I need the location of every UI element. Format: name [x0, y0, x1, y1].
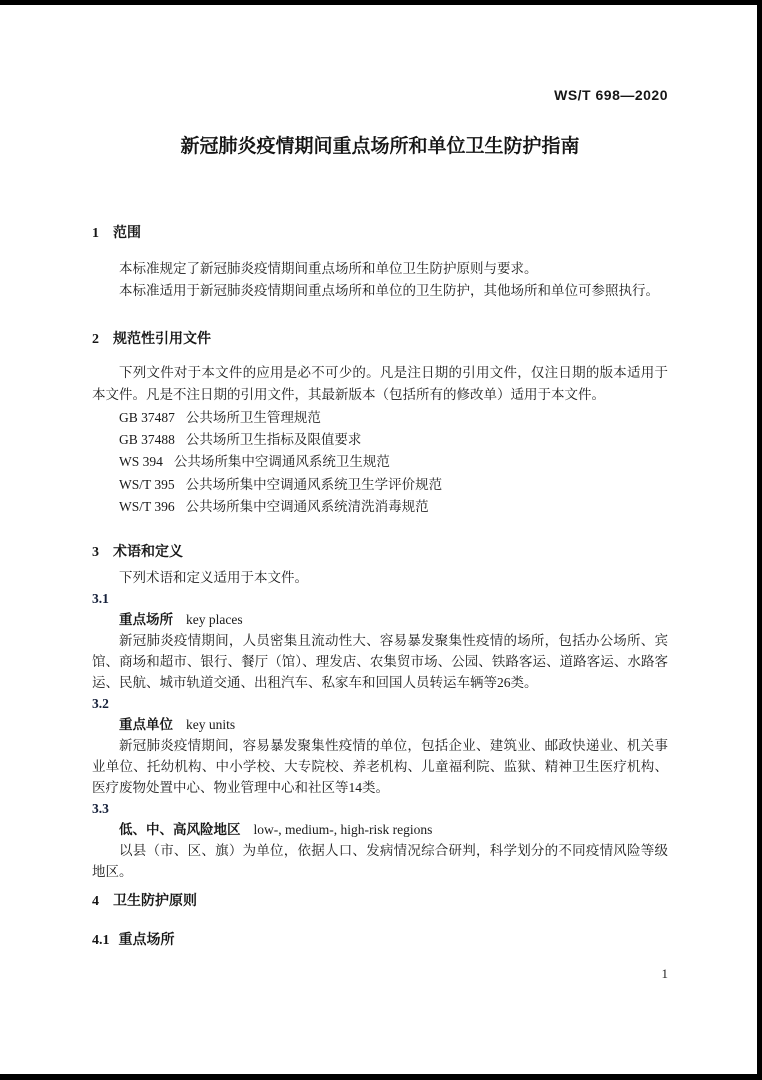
section-1-title: 范围: [113, 224, 141, 240]
document-title: 新冠肺炎疫情期间重点场所和单位卫生防护指南: [92, 134, 668, 160]
term-definition: 新冠肺炎疫情期间，容易暴发聚集性疫情的单位，包括企业、建筑业、邮政快递业、机关事…: [92, 735, 668, 798]
reference-item: GB 37488公共场所卫生指标及限值要求: [92, 429, 668, 451]
section-2-title: 规范性引用文件: [113, 330, 211, 346]
section-4-1-number: 4.1: [92, 933, 110, 948]
term-definition: 以县（市、区、旗）为单位，依据人口、发病情况综合研判，科学划分的不同疫情风险等级…: [92, 840, 668, 882]
term-title-line: 重点场所key places: [92, 609, 668, 630]
scan-edge-right: [757, 0, 762, 1080]
section-1-number: 1: [92, 226, 99, 241]
section-3-title: 术语和定义: [113, 543, 183, 559]
term-number: 3.1: [92, 588, 668, 609]
section-4-title: 卫生防护原则: [113, 892, 197, 908]
terms-intro-paragraph: 下列术语和定义适用于本文件。: [92, 567, 668, 588]
term-name-en: key places: [186, 612, 243, 627]
section-4-number: 4: [92, 894, 99, 909]
reference-code: GB 37488: [119, 432, 175, 447]
term-definition: 新冠肺炎疫情期间，人员密集且流动性大、容易暴发聚集性疫情的场所，包括办公场所、宾…: [92, 630, 668, 693]
reference-item: GB 37487公共场所卫生管理规范: [92, 407, 668, 429]
section-4-1-heading: 4.1重点场所: [92, 931, 668, 949]
reference-item: WS 394公共场所集中空调通风系统卫生规范: [92, 451, 668, 473]
section-4-1-title: 重点场所: [119, 931, 175, 947]
reference-item: WS/T 395公共场所集中空调通风系统卫生学评价规范: [92, 474, 668, 496]
reference-item: WS/T 396公共场所集中空调通风系统清洗消毒规范: [92, 496, 668, 518]
standard-number: WS/T 698—2020: [92, 88, 668, 103]
term-name-zh: 重点场所: [119, 612, 173, 627]
section-1-heading: 1范围: [92, 224, 668, 242]
reference-code: GB 37487: [119, 410, 175, 425]
reference-title: 公共场所集中空调通风系统卫生规范: [174, 454, 390, 469]
term-name-zh: 重点单位: [119, 717, 173, 732]
term-number: 3.2: [92, 693, 668, 714]
reference-title: 公共场所集中空调通风系统卫生学评价规范: [186, 477, 443, 492]
reference-code: WS/T 396: [119, 499, 175, 514]
scope-paragraph-1: 本标准规定了新冠肺炎疫情期间重点场所和单位卫生防护原则与要求。: [92, 258, 668, 280]
reference-code: WS 394: [119, 454, 163, 469]
reference-code: WS/T 395: [119, 477, 175, 492]
scope-paragraph-2: 本标准适用于新冠肺炎疫情期间重点场所和单位的卫生防护，其他场所和单位可参照执行。: [92, 280, 668, 302]
section-3-number: 3: [92, 545, 99, 560]
section-2-number: 2: [92, 332, 99, 347]
term-number: 3.3: [92, 798, 668, 819]
term-title-line: 低、中、高风险地区low-, medium-, high-risk region…: [92, 819, 668, 840]
term-title-line: 重点单位key units: [92, 714, 668, 735]
reference-title: 公共场所集中空调通风系统清洗消毒规范: [186, 499, 429, 514]
section-2-body: 下列文件对于本文件的应用是必不可少的。凡是注日期的引用文件，仅注日期的版本适用于…: [92, 362, 668, 519]
reference-title: 公共场所卫生管理规范: [186, 410, 321, 425]
section-3-body: 下列术语和定义适用于本文件。 3.1 重点场所key places 新冠肺炎疫情…: [92, 567, 668, 882]
reference-title: 公共场所卫生指标及限值要求: [186, 432, 362, 447]
page-number: 1: [92, 966, 668, 982]
references-intro-paragraph: 下列文件对于本文件的应用是必不可少的。凡是注日期的引用文件，仅注日期的版本适用于…: [92, 362, 668, 407]
term-name-zh: 低、中、高风险地区: [119, 822, 241, 837]
term-name-en: key units: [186, 717, 235, 732]
page-content: WS/T 698—2020 新冠肺炎疫情期间重点场所和单位卫生防护指南 1范围 …: [92, 0, 668, 949]
scan-edge-bottom: [0, 1074, 762, 1080]
section-4-heading: 4卫生防护原则: [92, 892, 668, 910]
section-2-heading: 2规范性引用文件: [92, 330, 668, 348]
section-3-heading: 3术语和定义: [92, 543, 668, 561]
scanned-document-page: { "doc": { "standard_number": "WS/T 698—…: [0, 0, 762, 1080]
section-1-body: 本标准规定了新冠肺炎疫情期间重点场所和单位卫生防护原则与要求。 本标准适用于新冠…: [92, 258, 668, 303]
term-name-en: low-, medium-, high-risk regions: [254, 822, 433, 837]
